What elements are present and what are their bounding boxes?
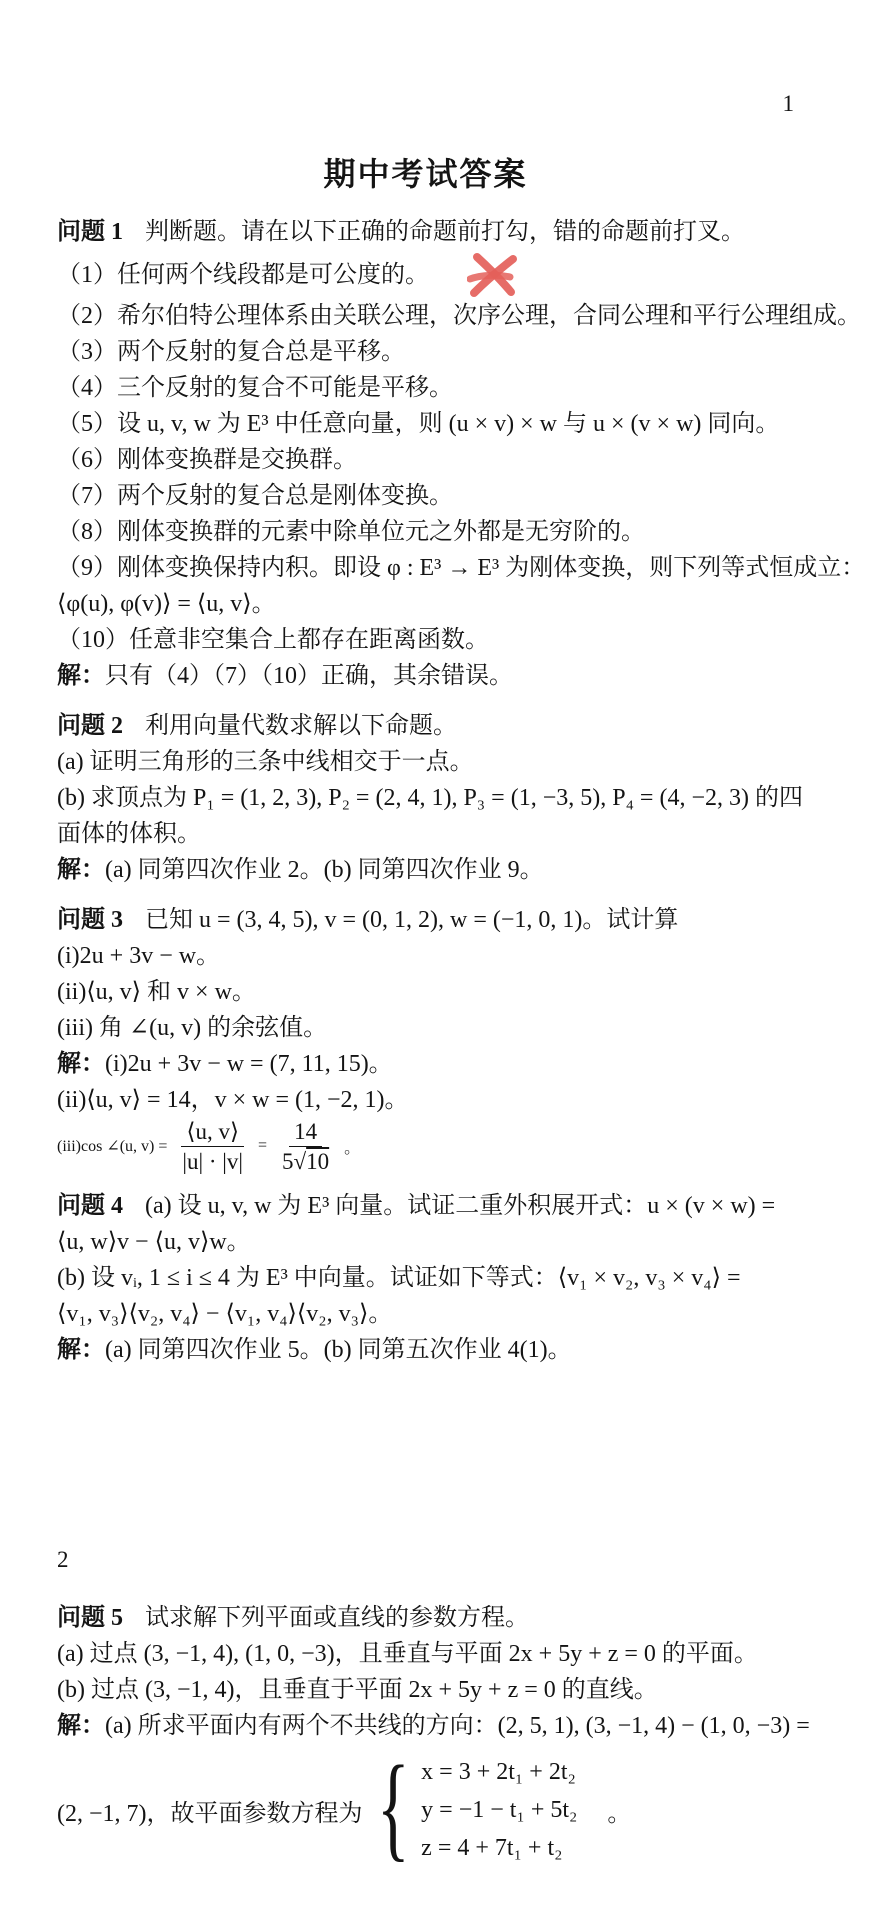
problem3-solution-label: 解：: [57, 1051, 105, 1077]
problem1-item-6: （6）刚体变换群是交换群。: [57, 442, 794, 478]
fraction-uv-denominator: |u| · |v|: [177, 1147, 248, 1175]
problem2-heading: 问题 2利用向量代数求解以下命题。: [57, 708, 794, 744]
problem2-solution-label: 解：: [57, 857, 105, 883]
sqrt-prefix: 5√: [282, 1149, 306, 1174]
problem2-line-a: (a) 证明三角形的三条中线相交于一点。: [57, 744, 794, 780]
problem3-solution-iii-prefix: (iii)cos ∠(u, v) =: [57, 1136, 167, 1156]
problem4-heading: 问题 4(a) 设 u, v, w 为 E³ 向量。试证二重外积展开式：u × …: [57, 1188, 794, 1224]
problem1-solution-label: 解：: [57, 663, 105, 689]
problem2-line-b-cont: 面体的体积。: [57, 816, 794, 852]
problem1-item-1: （1）任何两个线段都是可公度的。: [57, 250, 794, 298]
equation-y: y = −1 − t₁ + 5t₂: [421, 1796, 577, 1825]
fraction-uv: ⟨u, v⟩|u| · |v|: [177, 1118, 248, 1175]
problem4-solution: 解：(a) 同第四次作业 5。(b) 同第五次作业 4(1)。: [57, 1332, 794, 1368]
equation-z: z = 4 + 7t₁ + t₂: [421, 1834, 577, 1863]
left-brace: {: [376, 1748, 409, 1866]
problem1-item-2: （2）希尔伯特公理体系由关联公理，次序公理，合同公理和平行公理组成。: [57, 298, 794, 334]
problem1-item-1-text: （1）任何两个线段都是可公度的。: [57, 262, 429, 288]
problem2-solution-text: (a) 同第四次作业 2。(b) 同第四次作业 9。: [105, 857, 544, 883]
problem1-heading: 问题 1判断题。请在以下正确的命题前打勾，错的命题前打叉。: [57, 214, 794, 250]
problem1-item-4: （4）三个反射的复合不可能是平移。: [57, 370, 794, 406]
problem3-line-i: (i)2u + 3v − w。: [57, 938, 794, 974]
problem3-line-iii: (iii) 角 ∠(u, v) 的余弦值。: [57, 1010, 794, 1046]
document-title: 期中考试答案: [57, 154, 794, 194]
problem2-solution: 解：(a) 同第四次作业 2。(b) 同第四次作业 9。: [57, 852, 794, 888]
fraction-14-numerator: 14: [289, 1118, 322, 1147]
problem3-label: 问题 3: [57, 907, 123, 933]
equation-x: x = 3 + 2t₁ + 2t₂: [421, 1758, 577, 1787]
fraction-14-denominator: 5√10: [277, 1147, 334, 1175]
problem4-line-a-cont: ⟨u, w⟩v − ⟨u, v⟩w。: [57, 1224, 794, 1260]
problem5-line-a: (a) 过点 (3, −1, 4), (1, 0, −3)，且垂直与平面 2x …: [57, 1636, 794, 1672]
problem1-label: 问题 1: [57, 219, 123, 245]
fraction-uv-numerator: ⟨u, v⟩: [181, 1118, 243, 1147]
problem3-solution-iii-suffix: 。: [344, 1135, 360, 1158]
problem3-line-ii: (ii)⟨u, v⟩ 和 v × w。: [57, 974, 794, 1010]
problem4-solution-text: (a) 同第四次作业 5。(b) 同第五次作业 4(1)。: [105, 1337, 572, 1363]
problem4-line-b: (b) 设 vᵢ, 1 ≤ i ≤ 4 为 E³ 中向量。试证如下等式：⟨v₁ …: [57, 1260, 794, 1296]
problem4-line-a: (a) 设 u, v, w 为 E³ 向量。试证二重外积展开式：u × (v ×…: [145, 1193, 775, 1219]
problem3-solution-i-text: (i)2u + 3v − w = (7, 11, 15)。: [105, 1051, 393, 1077]
page-number-2: 2: [57, 1368, 794, 1574]
problem5-line-b: (b) 过点 (3, −1, 4)，且垂直于平面 2x + 5y + z = 0…: [57, 1672, 794, 1708]
page-content: 1 期中考试答案 问题 1判断题。请在以下正确的命题前打勾，错的命题前打叉。 （…: [0, 0, 886, 1872]
problem1-item-5: （5）设 u, v, w 为 E³ 中任意向量，则 (u × v) × w 与 …: [57, 406, 794, 442]
problem5-equations: x = 3 + 2t₁ + 2t₂ y = −1 − t₁ + 5t₂ z = …: [421, 1758, 577, 1863]
problem5-system-prefix: (2, −1, 7)，故平面参数方程为: [57, 1793, 363, 1828]
problem5-solution-first: 解：(a) 所求平面内有两个不共线的方向：(2, 5, 1), (3, −1, …: [57, 1708, 794, 1744]
problem5-system: (2, −1, 7)，故平面参数方程为 { x = 3 + 2t₁ + 2t₂ …: [57, 1748, 794, 1872]
problem5-intro: 试求解下列平面或直线的参数方程。: [145, 1605, 529, 1631]
problem5-label: 问题 5: [57, 1605, 123, 1631]
sqrt-radicand: 10: [306, 1149, 329, 1174]
problem3-solution-ii: (ii)⟨u, v⟩ = 14，v × w = (1, −2, 1)。: [57, 1082, 794, 1118]
problem1-item-8: （8）刚体变换群的元素中除单位元之外都是无穷阶的。: [57, 514, 794, 550]
problem1-item-9-formula: ⟨φ(u), φ(v)⟩ = ⟨u, v⟩。: [57, 586, 794, 622]
problem3-heading: 问题 3已知 u = (3, 4, 5), v = (0, 1, 2), w =…: [57, 902, 794, 938]
problem1-item-10: （10）任意非空集合上都存在距离函数。: [57, 622, 794, 658]
problem1-item-7: （7）两个反射的复合总是刚体变换。: [57, 478, 794, 514]
problem5-solution-label: 解：: [57, 1713, 105, 1739]
problem3-solution-i: 解：(i)2u + 3v − w = (7, 11, 15)。: [57, 1046, 794, 1082]
problem5-heading: 问题 5试求解下列平面或直线的参数方程。: [57, 1600, 794, 1636]
problem3-solution-iii: (iii)cos ∠(u, v) = ⟨u, v⟩|u| · |v| = 145…: [57, 1118, 794, 1174]
problem2-line-b: (b) 求顶点为 P₁ = (1, 2, 3), P₂ = (2, 4, 1),…: [57, 780, 794, 816]
equals-sign: =: [258, 1137, 267, 1155]
problem2-intro: 利用向量代数求解以下命题。: [145, 713, 457, 739]
problem4-label: 问题 4: [57, 1193, 123, 1219]
red-cross-icon: [467, 250, 521, 298]
problem4-line-b-cont: ⟨v₁, v₃⟩⟨v₂, v₄⟩ − ⟨v₁, v₄⟩⟨v₂, v₃⟩。: [57, 1296, 794, 1332]
document-page: 1 期中考试答案 问题 1判断题。请在以下正确的命题前打勾，错的命题前打叉。 （…: [0, 0, 886, 1920]
problem1-item-9: （9）刚体变换保持内积。即设 φ : E³ → E³ 为刚体变换，则下列等式恒成…: [57, 550, 794, 586]
problem2-label: 问题 2: [57, 713, 123, 739]
problem5-system-suffix: 。: [607, 1793, 631, 1828]
problem4-solution-label: 解：: [57, 1337, 105, 1363]
page-number-1: 1: [57, 0, 794, 118]
problem3-intro: 已知 u = (3, 4, 5), v = (0, 1, 2), w = (−1…: [145, 907, 678, 933]
problem5-solution-first-text: (a) 所求平面内有两个不共线的方向：(2, 5, 1), (3, −1, 4)…: [105, 1713, 810, 1739]
problem1-solution-text: 只有（4）（7）（10）正确，其余错误。: [105, 663, 513, 689]
problem1-item-3: （3）两个反射的复合总是平移。: [57, 334, 794, 370]
problem1-solution: 解：只有（4）（7）（10）正确，其余错误。: [57, 658, 794, 694]
fraction-14: 145√10: [277, 1118, 334, 1175]
problem1-intro: 判断题。请在以下正确的命题前打勾，错的命题前打叉。: [145, 219, 745, 245]
